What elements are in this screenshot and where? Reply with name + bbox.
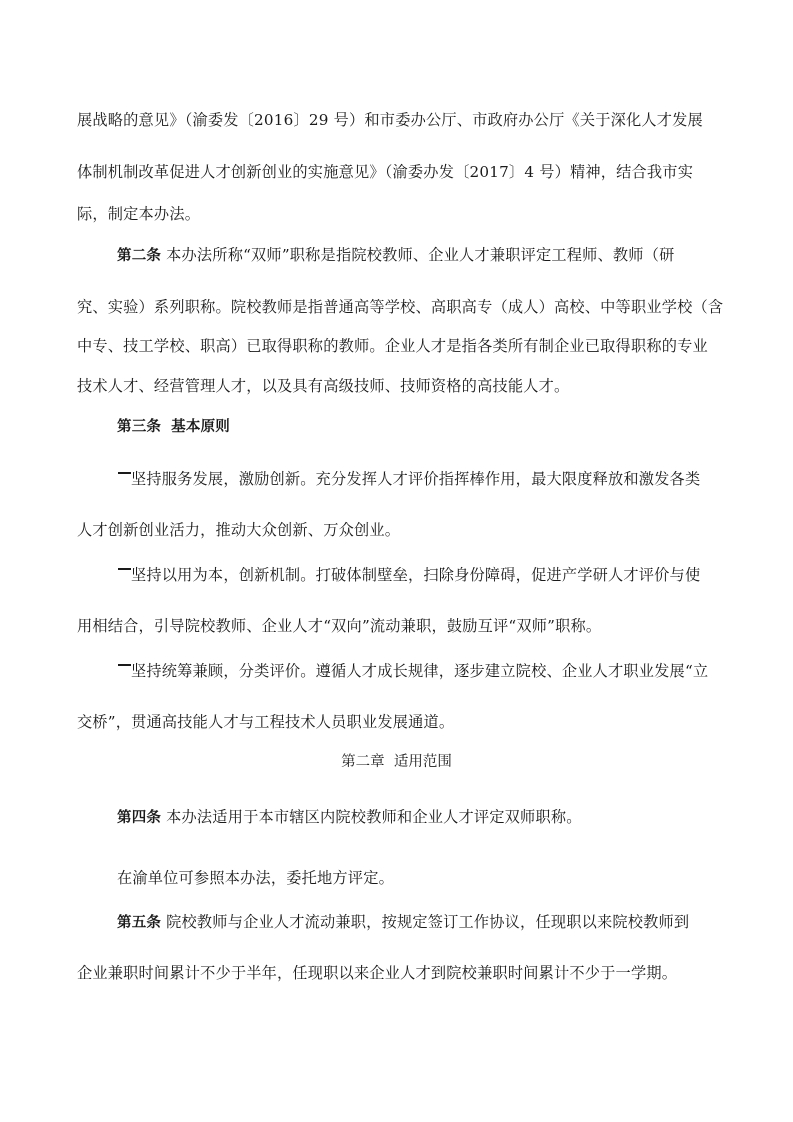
article-3-title: 基本原则 [171, 419, 230, 435]
article-5-first-line: 第五条 院校教师与企业人才流动兼职，按规定签订工作协议，任现职以来院校教师到 [117, 912, 722, 933]
article-2-line-3: 中专、技工学校、职高）已取得职称的教师。企业人才是指各类所有制企业已取得职称的专… [77, 336, 722, 356]
article-2-line-4: 技术人才、经营管理人才，以及具有高级技师、技师资格的高技能人才。 [77, 376, 722, 396]
intro-line-1: 展战略的意见》（渝委发〔2016〕29 号）和市委办公厅、市政府办公厅《关于深化… [77, 110, 722, 130]
principle-3-line-2: 交桥”，贯通高技能人才与工程技术人员职业发展通道。 [77, 712, 722, 732]
article-4-text: 本办法适用于本市辖区内院校教师和企业人才评定双师职称。 [166, 808, 581, 826]
document-page: 展战略的意见》（渝委发〔2016〕29 号）和市委办公厅、市政府办公厅《关于深化… [0, 0, 793, 1122]
article-5-text: 院校教师与企业人才流动兼职，按规定签订工作协议，任现职以来院校教师到 [166, 913, 689, 931]
article-2-first-line: 第二条 本办法所称“双师”职称是指院校教师、企业人才兼职评定工程师、教师（研 [117, 245, 722, 266]
article-2-line-2: 究、实验）系列职称。院校教师是指普通高等学校、高职高专（成人）高校、中等职业学校… [77, 297, 722, 317]
principle-2-line-2: 用相结合，引导院校教师、企业人才“双向”流动兼职，鼓励互评“双师”职称。 [77, 616, 722, 636]
article-3-label: 第三条 [117, 419, 161, 435]
article-2-label: 第二条 [117, 248, 161, 264]
dash-icon [117, 565, 131, 585]
article-5-label: 第五条 [117, 915, 161, 931]
chapter-2-title: 适用范围 [394, 754, 452, 770]
intro-line-2: 体制机制改革促进人才创新创业的实施意见》（渝委办发〔2017〕4 号）精神，结合… [77, 162, 722, 182]
article-3-heading: 第三条 基本原则 [117, 416, 722, 437]
intro-line-3: 际，制定本办法。 [77, 204, 722, 224]
principle-1-line-2: 人才创新创业活力，推动大众创新、万众创业。 [77, 520, 722, 540]
principle-3-line-1: 坚持统筹兼顾，分类评价。遵循人才成长规律，逐步建立院校、企业人才职业发展“立 [117, 661, 722, 681]
article-4-note: 在渝单位可参照本办法，委托地方评定。 [117, 868, 722, 888]
article-4-line: 第四条 本办法适用于本市辖区内院校教师和企业人才评定双师职称。 [117, 807, 722, 828]
article-5-line-2: 企业兼职时间累计不少于半年，任现职以来企业人才到院校兼职时间累计不少于一学期。 [77, 963, 722, 983]
dash-icon [117, 469, 131, 489]
principle-1-line-1: 坚持服务发展，激励创新。充分发挥人才评价指挥棒作用，最大限度释放和激发各类 [117, 469, 722, 489]
principle-2-line-1: 坚持以用为本，创新机制。打破体制壁垒，扫除身份障碍，促进产学研人才评价与使 [117, 565, 722, 585]
article-4-label: 第四条 [117, 810, 161, 826]
chapter-2-heading: 第二章 适用范围 [0, 752, 793, 772]
dash-icon [117, 661, 131, 681]
article-2-text: 本办法所称“双师”职称是指院校教师、企业人才兼职评定工程师、教师（研 [166, 246, 674, 264]
chapter-2-label: 第二章 [341, 754, 385, 770]
